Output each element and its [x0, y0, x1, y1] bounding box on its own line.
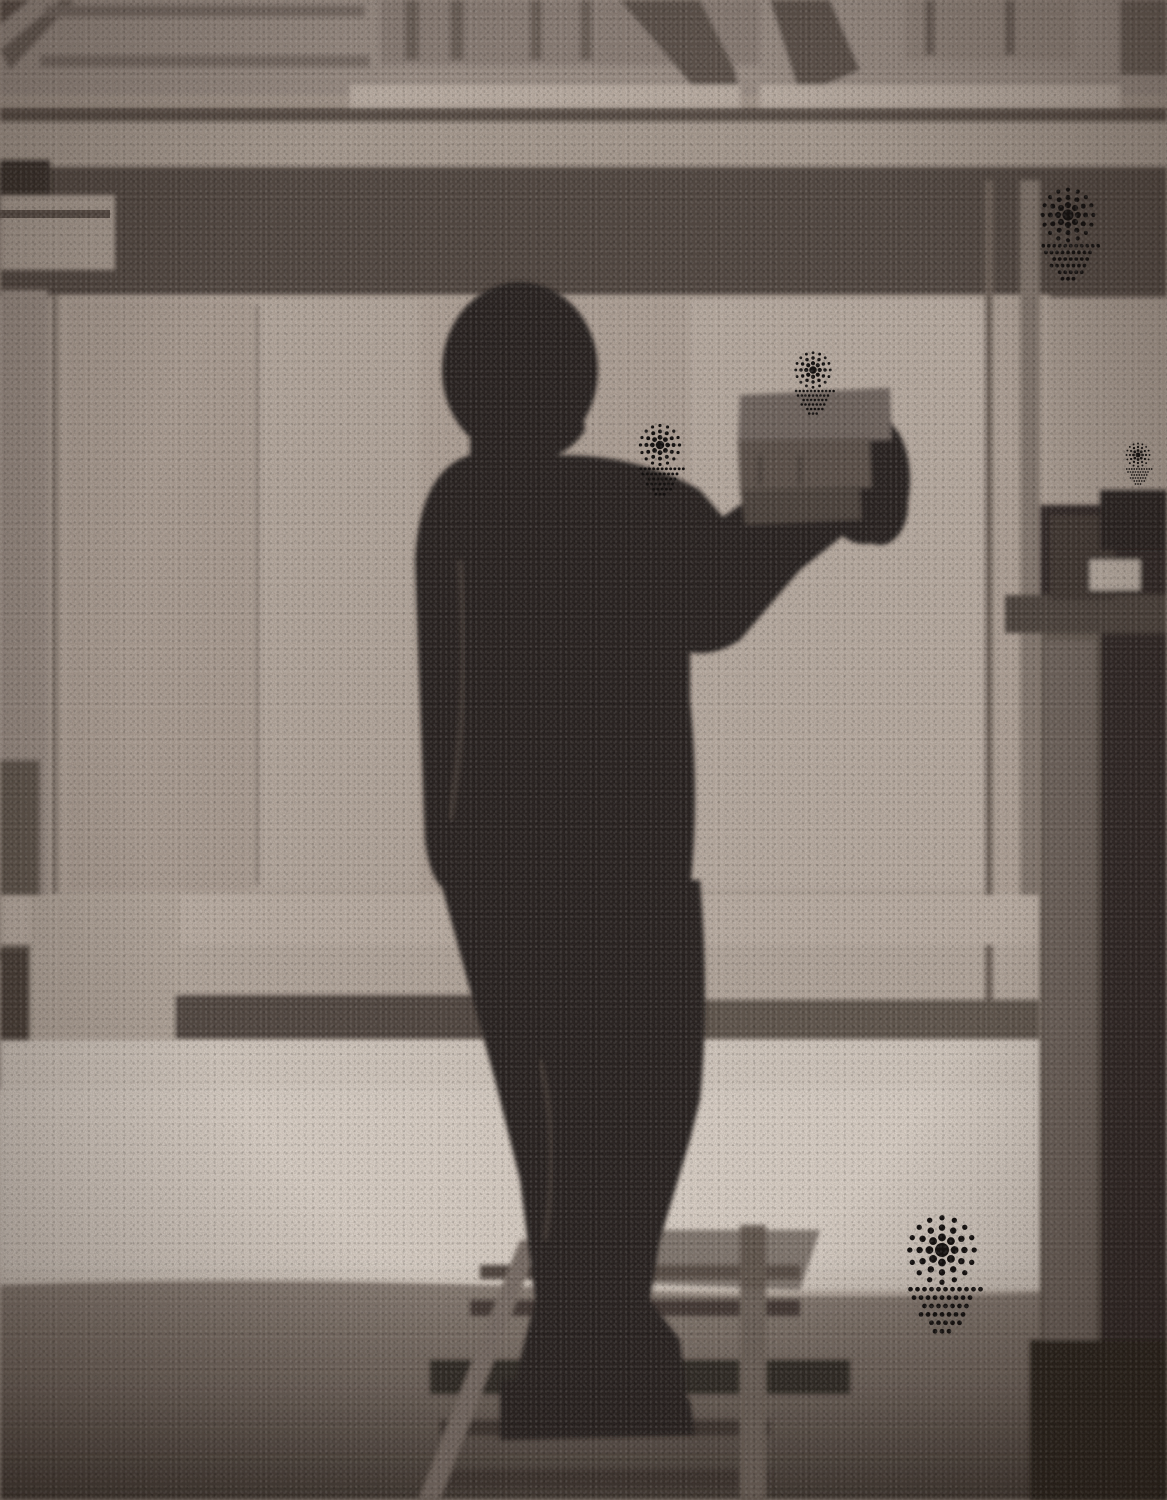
photo-scene — [0, 0, 1167, 1500]
photograph — [0, 0, 1167, 1500]
